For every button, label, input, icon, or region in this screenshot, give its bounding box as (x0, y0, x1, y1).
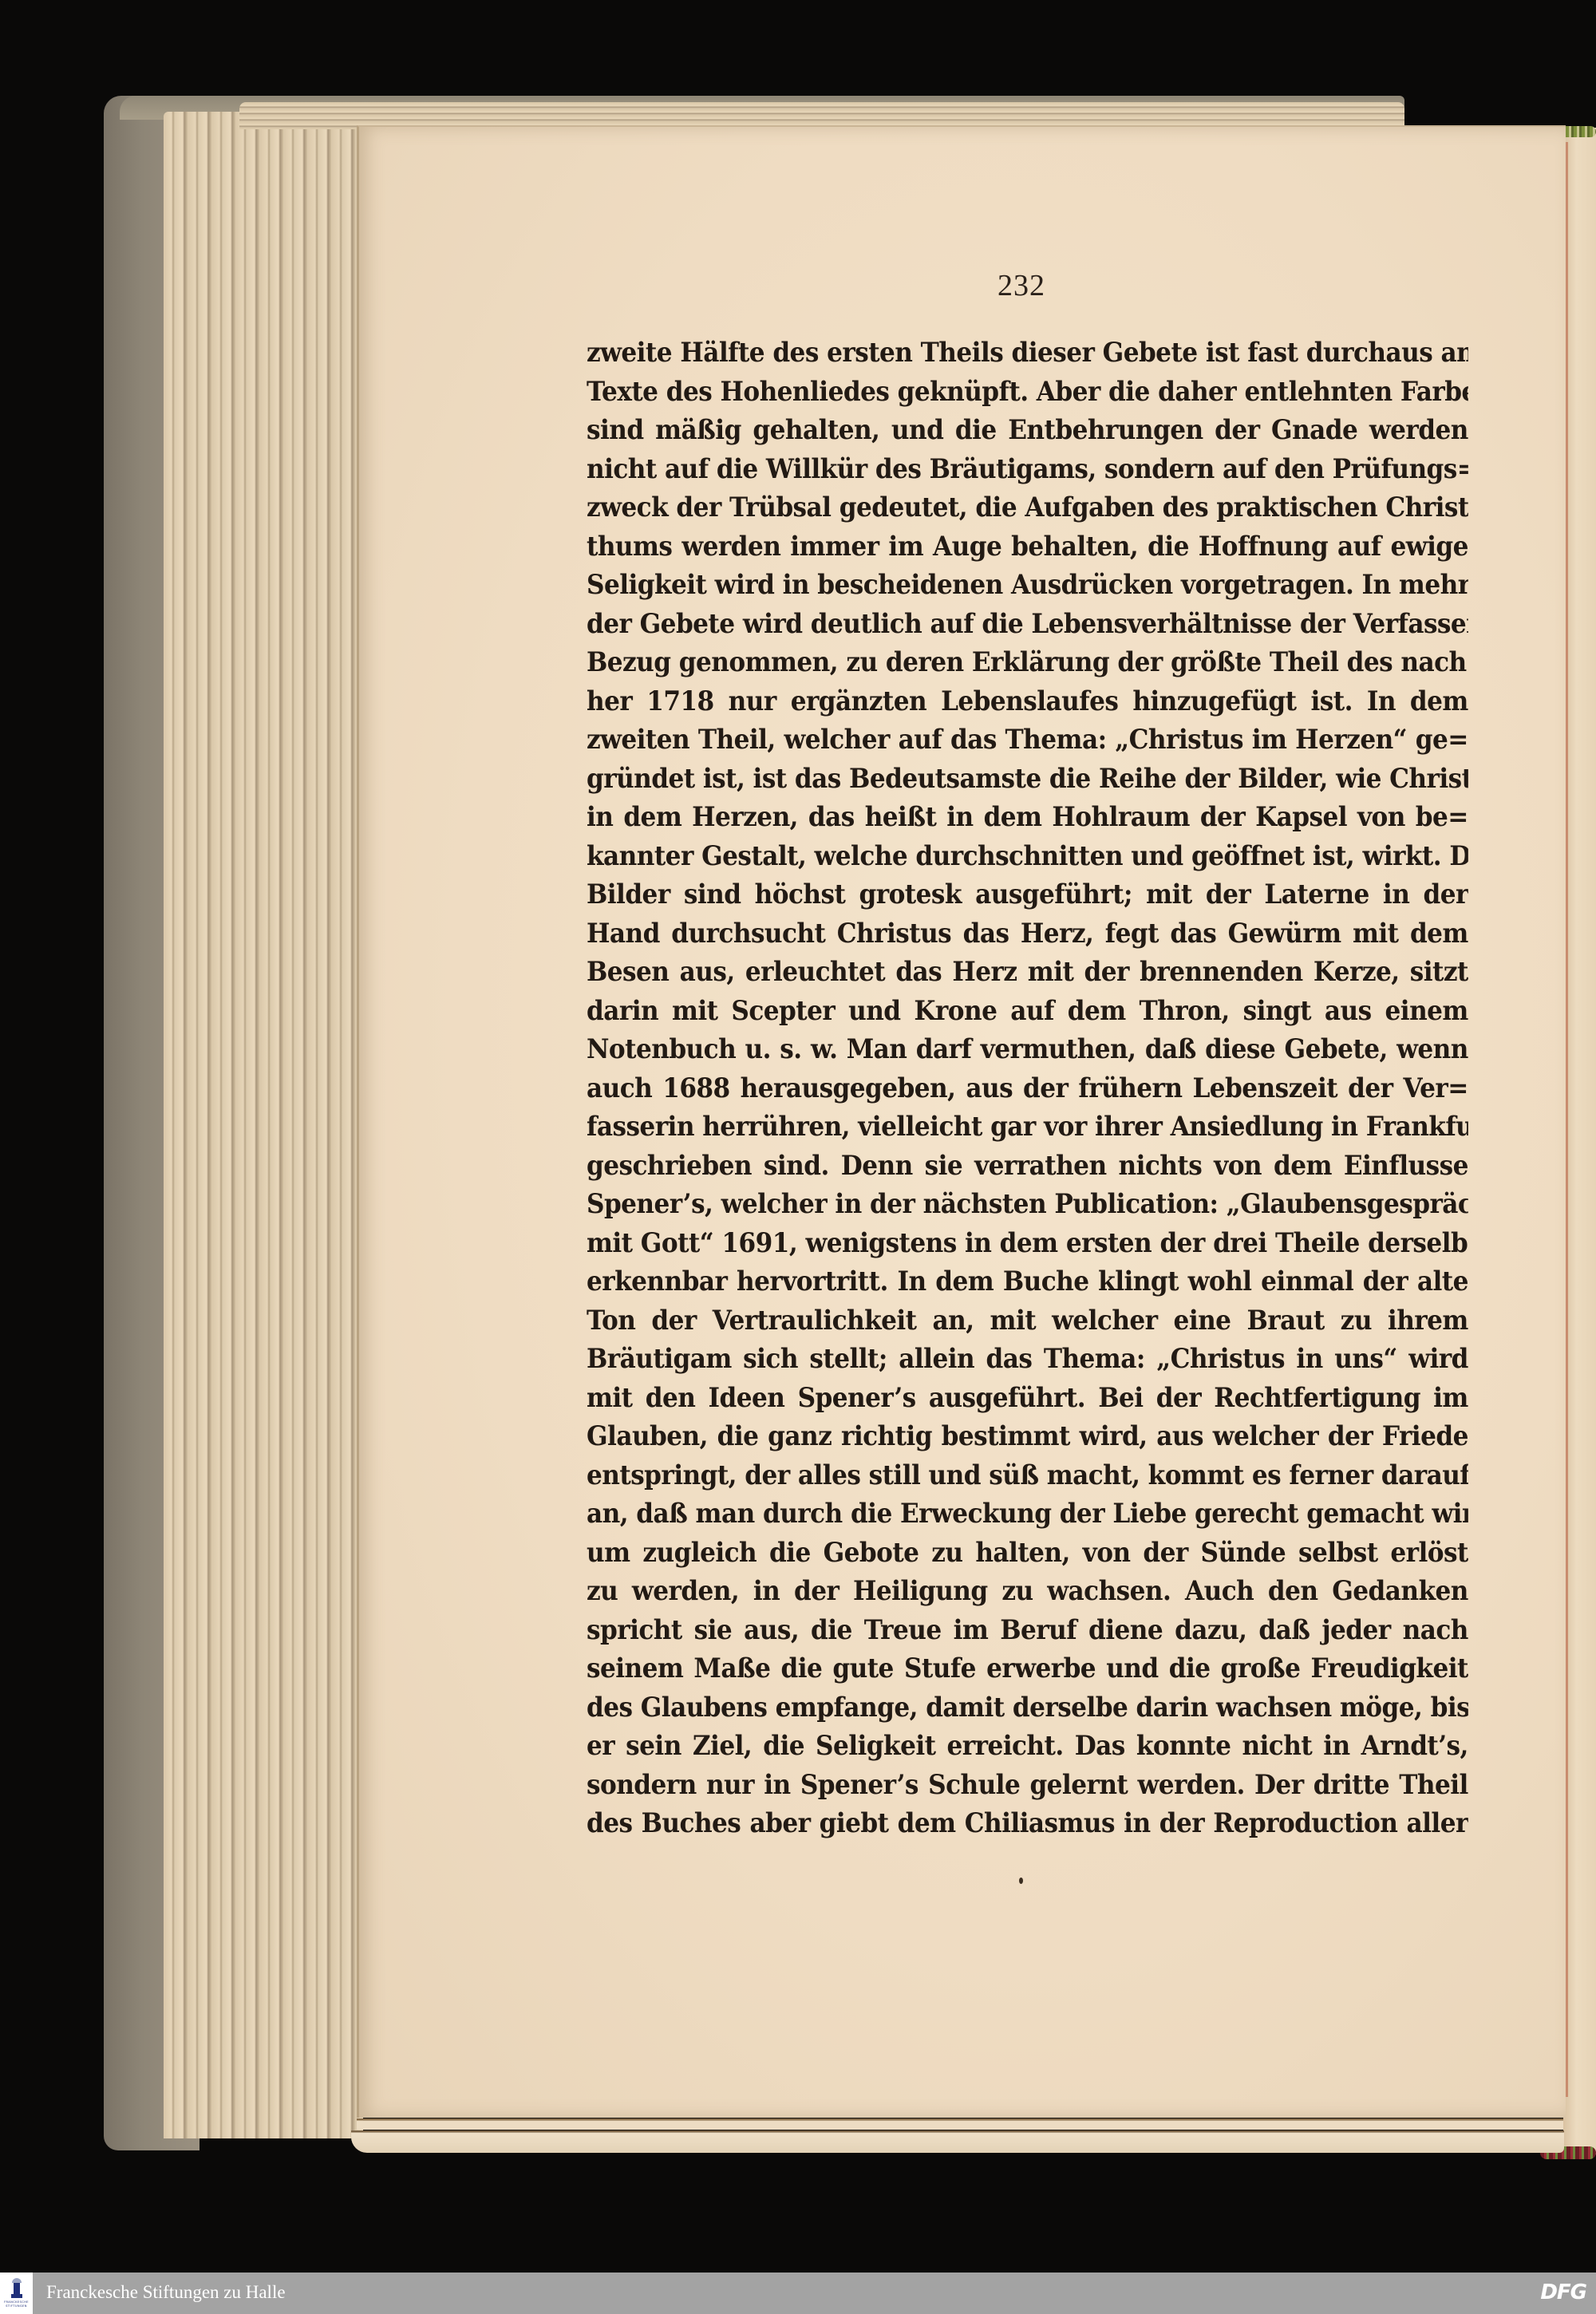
page-bottom-edge (357, 2119, 1563, 2130)
text-line: kannter Gestalt, welche durchschnitten u… (587, 837, 1468, 876)
body-text: zweite Hälfte des ersten Theils dieser G… (587, 334, 1468, 1843)
text-line: des Glaubens empfange, damit derselbe da… (587, 1688, 1468, 1728)
text-line: der Gebete wird deutlich auf die Lebensv… (587, 605, 1468, 644)
text-line: Bezug genommen, zu deren Erklärung der g… (587, 643, 1468, 682)
text-line: Hand durchsucht Christus das Herz, fegt … (587, 914, 1468, 954)
text-line: erkennbar hervortritt. In dem Buche klin… (587, 1262, 1468, 1301)
text-line: geschrieben sind. Denn sie verrathen nic… (587, 1147, 1468, 1186)
text-line: zweite Hälfte des ersten Theils dieser G… (587, 334, 1468, 373)
text-line: seinem Maße die gute Stufe erwerbe und d… (587, 1649, 1468, 1688)
text-line: sind mäßig gehalten, und die Entbehrunge… (587, 411, 1468, 450)
text-line: auch 1688 herausgegeben, aus der frühern… (587, 1069, 1468, 1108)
page-number: 232 (942, 268, 1101, 303)
text-line: fasserin herrühren, vielleicht gar vor i… (587, 1108, 1468, 1147)
text-line: Besen aus, erleuchtet das Herz mit der b… (587, 953, 1468, 992)
text-line: Notenbuch u. s. w. Man darf vermuthen, d… (587, 1030, 1468, 1069)
text-line: Glauben, die ganz richtig bestimmt wird,… (587, 1417, 1468, 1456)
scan-area: 232 zweite Hälfte des ersten Theils dies… (0, 0, 1596, 2273)
logo-caption: FRANCKESCHE STIFTUNGEN (4, 2300, 29, 2308)
text-line: Bilder sind höchst grotesk ausgeführt; m… (587, 875, 1468, 914)
text-line: Texte des Hohenliedes geknüpft. Aber die… (587, 373, 1468, 412)
text-line: Spener’s, welcher in der nächsten Public… (587, 1185, 1468, 1224)
text-line: her 1718 nur ergänzten Lebenslaufes hinz… (587, 682, 1468, 721)
text-line: des Buches aber giebt dem Chiliasmus in … (587, 1804, 1468, 1843)
text-line: entspringt, der alles still und süß mach… (587, 1456, 1468, 1495)
text-line: zweiten Theil, welcher auf das Thema: „C… (587, 721, 1468, 760)
ink-speck (1019, 1878, 1023, 1884)
text-line: nicht auf die Willkür des Bräutigams, so… (587, 450, 1468, 489)
text-line: Ton der Vertraulichkeit an, mit welcher … (587, 1301, 1468, 1341)
text-line: um zugleich die Gebote zu halten, von de… (587, 1534, 1468, 1573)
text-line: mit den Ideen Spener’s ausgeführt. Bei d… (587, 1379, 1468, 1418)
logo-caption-line2: STIFTUNGEN (4, 2304, 29, 2308)
text-line: darin mit Scepter und Krone auf dem Thro… (587, 992, 1468, 1031)
text-line: sondern nur in Spener’s Schule gelernt w… (587, 1766, 1468, 1805)
text-line: Bräutigam sich stellt; allein das Thema:… (587, 1340, 1468, 1379)
statue-icon (11, 2278, 22, 2299)
text-line: zweck der Trübsal gedeutet, die Aufgaben… (587, 488, 1468, 527)
text-line: zu werden, in der Heiligung zu wachsen. … (587, 1572, 1468, 1611)
text-line: spricht sie aus, die Treue im Beruf dien… (587, 1611, 1468, 1650)
gutter-fold-line (1566, 142, 1568, 2097)
viewer-footer-bar: FRANCKESCHE STIFTUNGEN Franckesche Stift… (0, 2273, 1596, 2314)
text-line: gründet ist, ist das Bedeutsamste die Re… (587, 760, 1468, 799)
franckesche-stiftungen-logo[interactable]: FRANCKESCHE STIFTUNGEN (0, 2273, 33, 2314)
stacked-page-edges (164, 112, 363, 2138)
text-line: an, daß man durch die Erweckung der Lieb… (587, 1495, 1468, 1534)
text-line: Seligkeit wird in bescheidenen Ausdrücke… (587, 566, 1468, 605)
institution-name: Franckesche Stiftungen zu Halle (46, 2282, 286, 2303)
text-line: thums werden immer im Auge behalten, die… (587, 527, 1468, 567)
dfg-logo[interactable]: DFG (1540, 2280, 1586, 2304)
text-line: er sein Ziel, die Seligkeit erreicht. Da… (587, 1727, 1468, 1766)
text-line: mit Gott“ 1691, wenigstens in dem ersten… (587, 1224, 1468, 1263)
page-bottom-edge-lower (351, 2130, 1564, 2153)
facing-page-sliver (1563, 128, 1596, 2154)
text-line: in dem Herzen, das heißt in dem Hohlraum… (587, 798, 1468, 837)
